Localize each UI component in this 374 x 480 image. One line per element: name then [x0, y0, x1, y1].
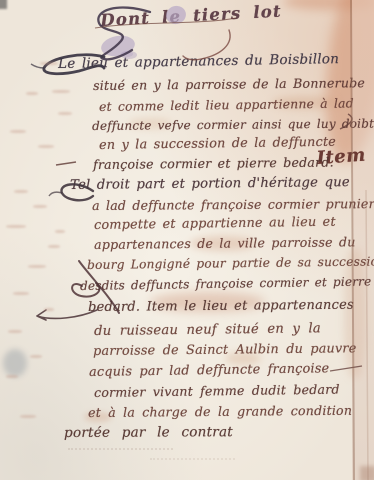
manuscript-line: acquis par lad deffuncte françoise	[89, 363, 329, 380]
manuscript-line: cormier vivant femme dudit bedard	[94, 384, 340, 400]
bleed-through-mark	[20, 415, 36, 418]
bleed-through-mark	[8, 330, 22, 333]
manuscript-page: Dont le tiers lot Item Le lieu et appart…	[0, 0, 374, 480]
manuscript-line: bourg Longigné pour partie de sa success…	[87, 255, 374, 271]
line16-trailing-dash	[330, 366, 362, 371]
bleed-through-mark	[14, 190, 28, 193]
initial-swash-tail	[31, 64, 44, 68]
page-heading: Dont le tiers lot	[100, 3, 282, 29]
bleed-through-mark	[38, 145, 54, 148]
manuscript-line: Le lieu et appartenances du Boisbillon	[58, 53, 339, 71]
manuscript-line: a lad deffuncte françoise cormier prunie…	[92, 198, 374, 213]
bleed-through-mark	[6, 375, 18, 378]
manuscript-line: et à la charge de la grande condition	[88, 405, 352, 420]
bleed-through-mark	[40, 62, 58, 65]
capital-T-tail	[49, 192, 62, 196]
manuscript-line: parroisse de Sainct Aulbin du pauvre	[93, 343, 357, 359]
stain-top-band	[283, 0, 374, 10]
bleed-through-mark	[28, 265, 46, 268]
manuscript-line: françoise cormier et pierre bedard.	[93, 156, 334, 171]
manuscript-line: bedard. Item le lieu et appartenances	[88, 299, 354, 314]
bleed-through-mark	[33, 205, 47, 208]
bleed-through-mark	[13, 292, 29, 295]
bleed-through-mark	[48, 245, 60, 248]
manuscript-line: portée par le contrat	[64, 426, 233, 440]
manuscript-line: du ruisseau neuf situé en y la	[94, 322, 321, 338]
manuscript-line: appartenances de la ville parroisse du	[94, 236, 356, 251]
line6-leading-dash	[56, 162, 76, 165]
bleed-through-mark	[26, 92, 38, 95]
manuscript-line: deffuncte vefve cormier ainsi que luy do…	[92, 118, 374, 132]
page-fold-line-faint	[366, 190, 368, 480]
faint-dot-row	[68, 448, 173, 450]
bleed-through-mark	[44, 308, 54, 311]
manuscript-line: desdits deffuncts françoise cormier et p…	[80, 275, 371, 292]
bleed-through-mark	[58, 112, 72, 115]
bleed-through-mark	[52, 90, 70, 93]
faint-dot-row	[150, 458, 235, 460]
manuscript-line: Tel droit part et portion d'héritage que	[70, 176, 350, 192]
bleed-through-mark	[6, 225, 26, 228]
manuscript-line: compette et appartienne au lieu et	[94, 217, 336, 233]
manuscript-line: situé en y la parroisse de la Bonnerube	[93, 77, 365, 92]
corner-mark-top-left	[0, 0, 7, 9]
bleed-through-mark	[10, 130, 26, 133]
corner-mark-bottom-right	[360, 466, 374, 480]
grey-blot-left	[3, 349, 27, 377]
manuscript-line: en y la succession de la deffuncte	[99, 137, 336, 153]
bleed-through-mark	[30, 355, 42, 358]
bleed-through-mark	[55, 230, 65, 233]
manuscript-line: et comme ledit lieu appartienne à lad	[99, 97, 354, 113]
